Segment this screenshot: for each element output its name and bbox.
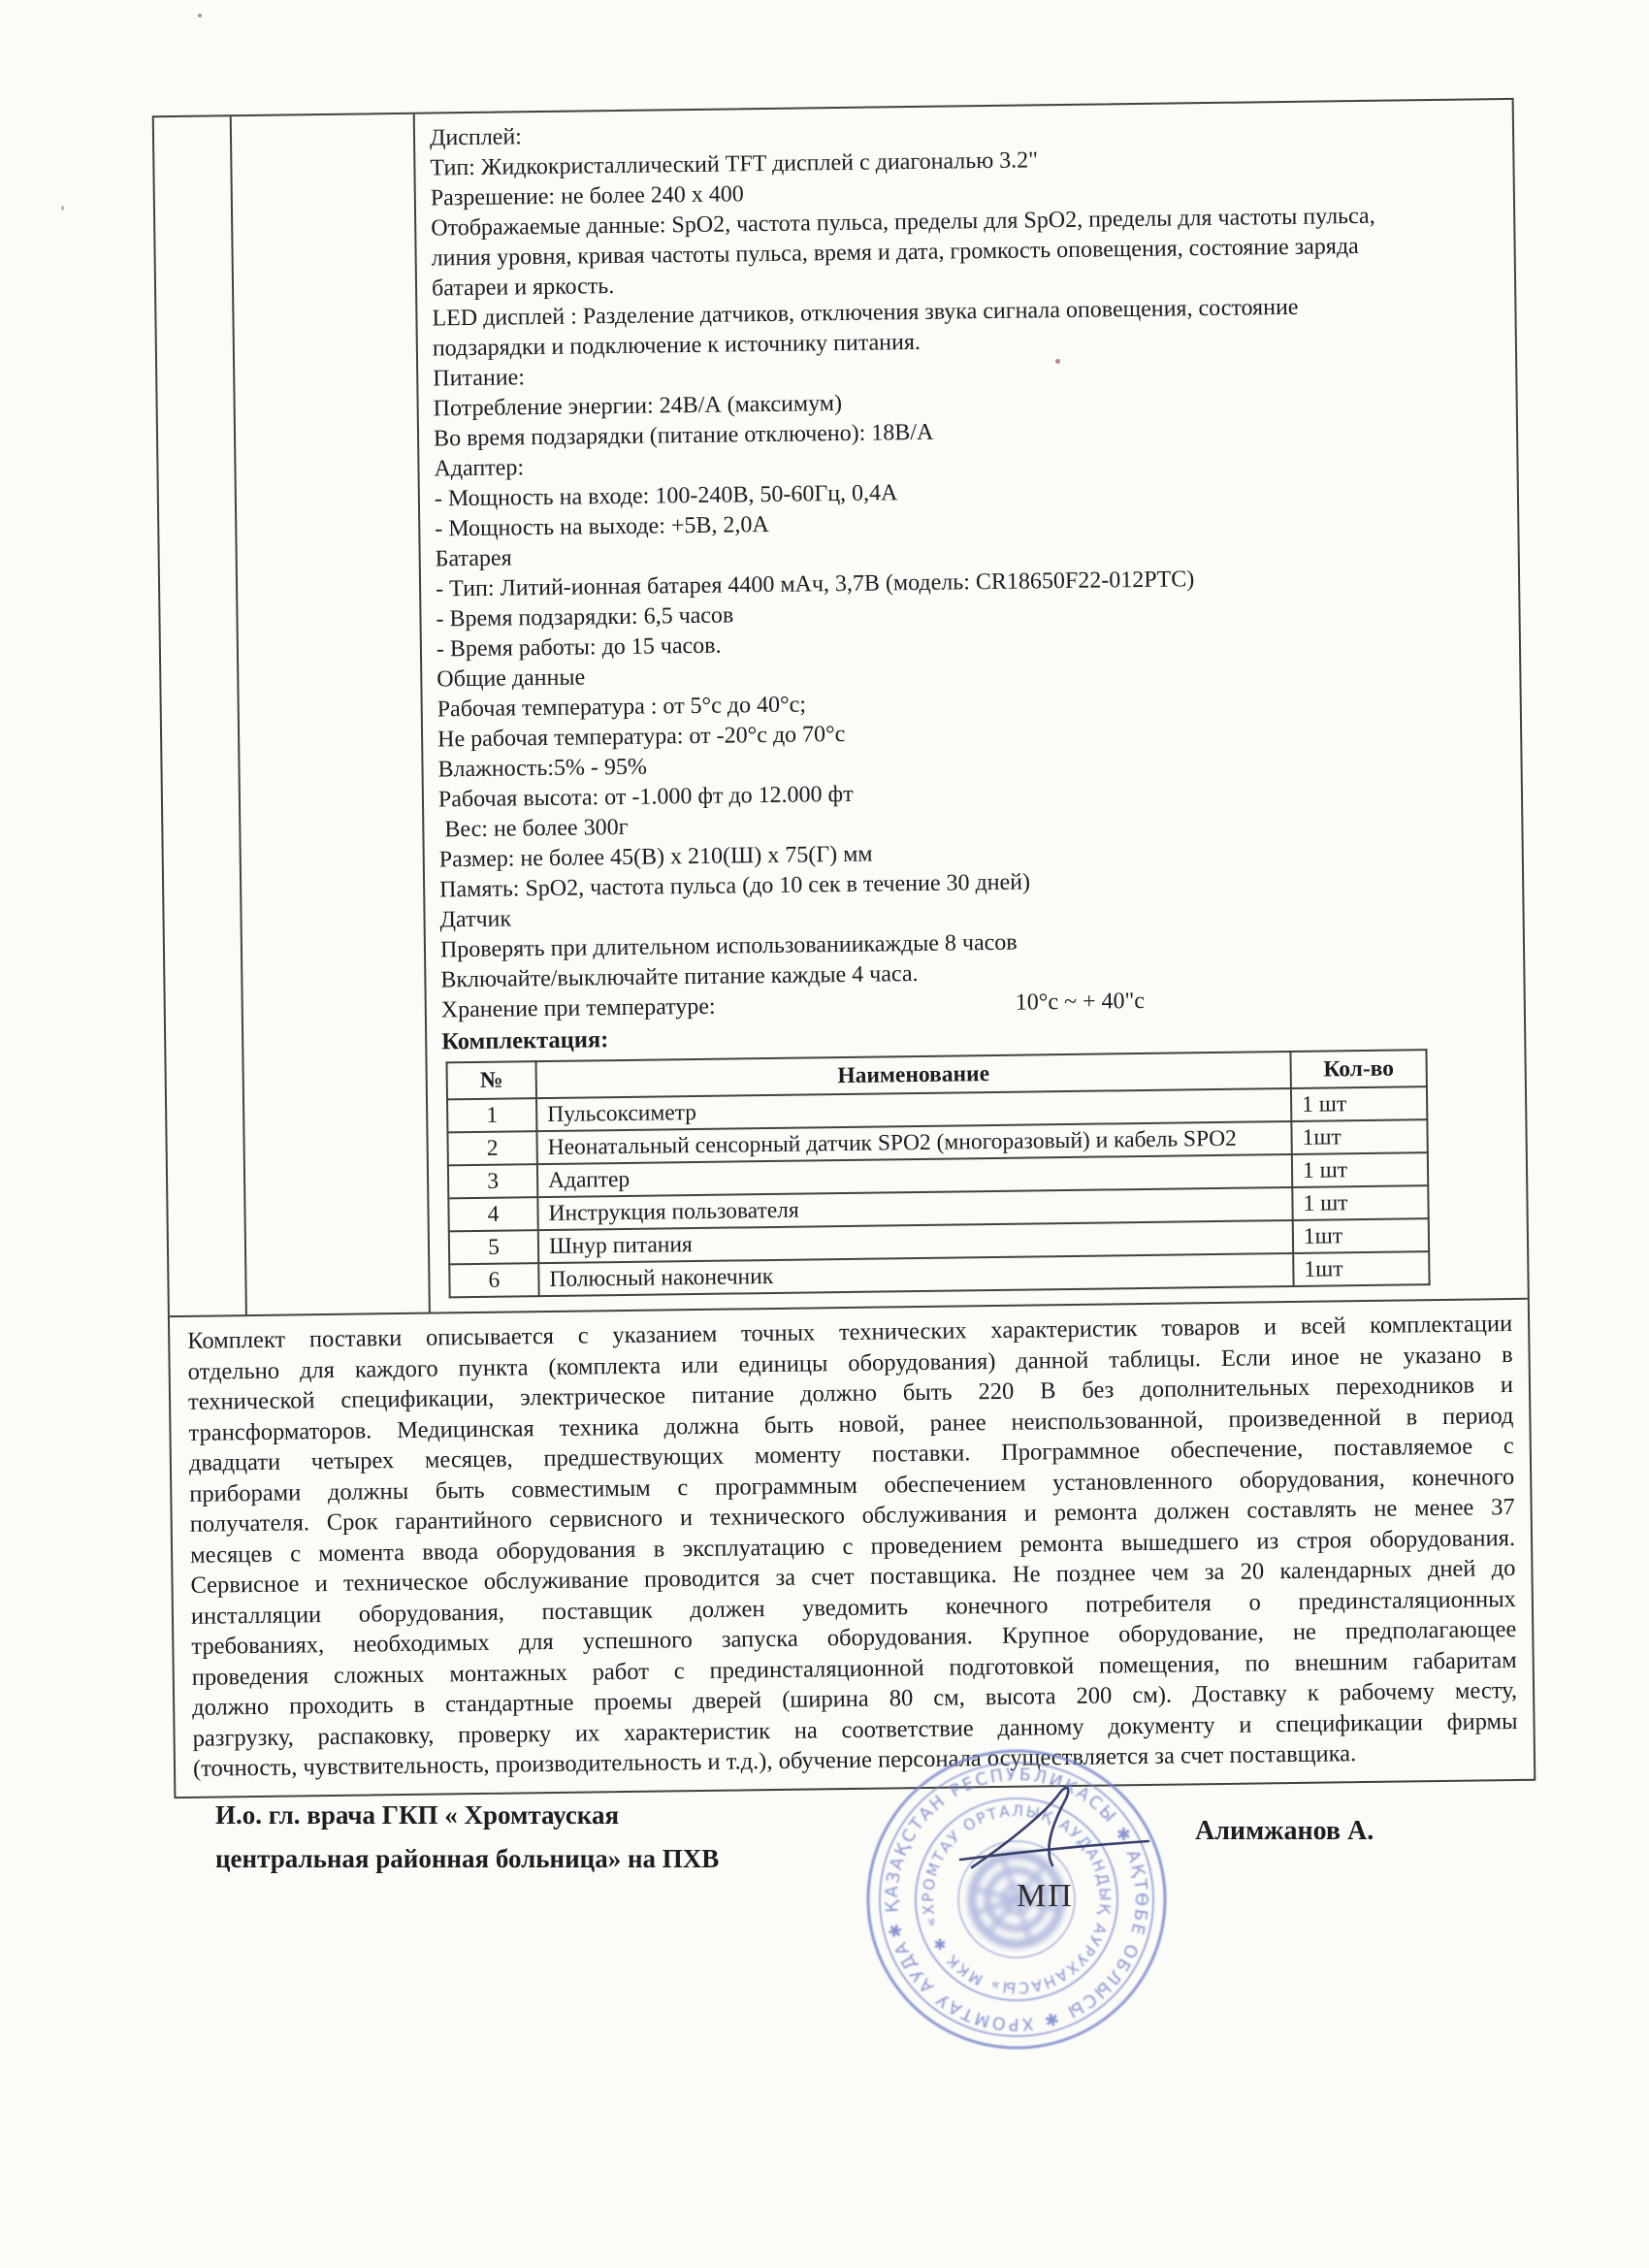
kit-row-qty: 1 шт bbox=[1292, 1185, 1428, 1220]
kit-row-num: 1 bbox=[447, 1098, 536, 1132]
kit-col-num-header: № bbox=[447, 1061, 536, 1099]
signatory-name: Алимжанов А. bbox=[1195, 1816, 1374, 1847]
kit-row-qty: 1шт bbox=[1293, 1218, 1429, 1253]
kit-row-qty: 1шт bbox=[1291, 1119, 1427, 1154]
signatory-title-line2: центральная районная больница» на ПХВ bbox=[215, 1844, 719, 1874]
terms-paragraph: Комплект поставки описывается с указание… bbox=[170, 1298, 1534, 1797]
kit-table: № Наименование Кол-во 1 Пульсоксиметр 1 … bbox=[445, 1049, 1430, 1298]
spec-table-col-empty-2 bbox=[232, 114, 431, 1314]
kit-row-qty: 1шт bbox=[1293, 1251, 1429, 1286]
storage-temp-value: 10°c ~ + 40"c bbox=[1016, 987, 1146, 1019]
kit-col-qty-header: Кол-во bbox=[1290, 1050, 1426, 1088]
storage-temp-label: Хранение при температуре: bbox=[441, 994, 716, 1023]
scan-speck bbox=[61, 206, 64, 211]
kit-row-num: 6 bbox=[449, 1263, 538, 1297]
kit-row-qty: 1 шт bbox=[1291, 1086, 1427, 1121]
scan-speck bbox=[198, 14, 202, 17]
kit-row-num: 2 bbox=[447, 1131, 536, 1165]
signatory-title-line1: И.о. гл. врача ГКП « Хромтауская bbox=[215, 1800, 619, 1831]
spec-table: Дисплей: Тип: Жидкокристаллический TFT д… bbox=[152, 98, 1536, 1798]
kit-row-num: 4 bbox=[448, 1197, 537, 1231]
kit-row-num: 3 bbox=[448, 1164, 537, 1198]
signature-strokes bbox=[960, 1788, 1148, 1867]
spec-cell: Дисплей: Тип: Жидкокристаллический TFT д… bbox=[415, 100, 1528, 1312]
spec-table-row: Дисплей: Тип: Жидкокристаллический TFT д… bbox=[154, 100, 1528, 1315]
kit-row-qty: 1 шт bbox=[1292, 1152, 1428, 1187]
kit-row-num: 5 bbox=[449, 1230, 538, 1264]
stamp-mp-label: МП bbox=[1017, 1878, 1074, 1915]
document-page: Дисплей: Тип: Жидкокристаллический TFT д… bbox=[0, 0, 1649, 2268]
